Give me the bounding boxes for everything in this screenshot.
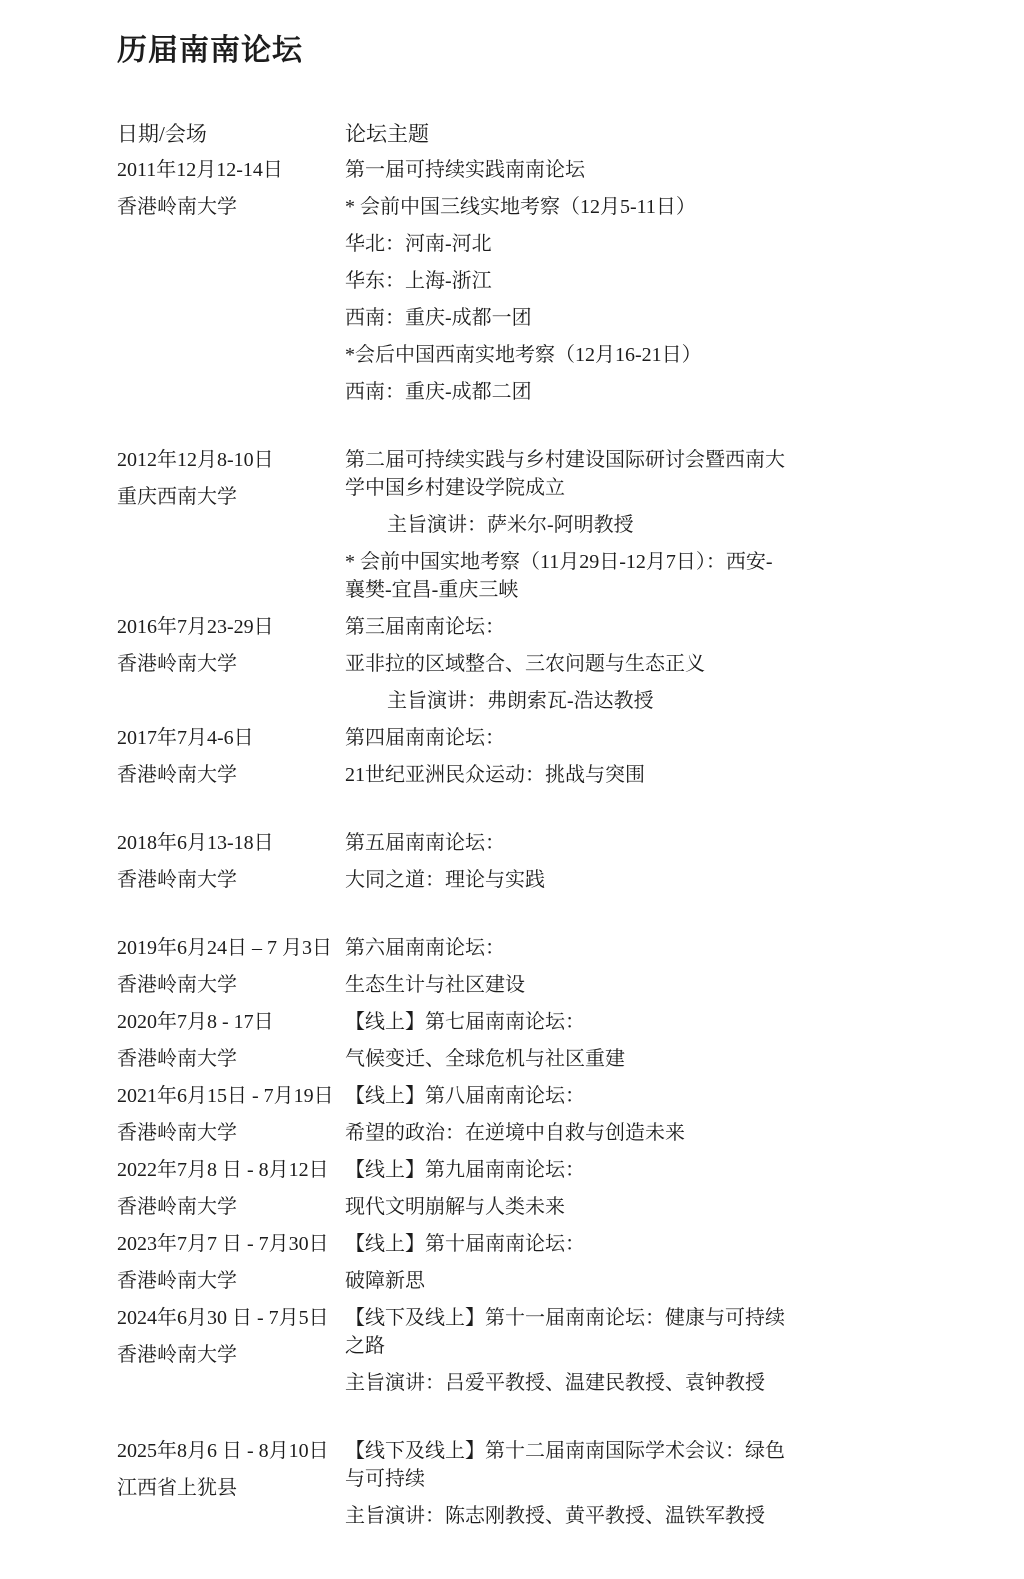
theme-paragraph: 气候变迁、全球危机与社区重建 [345,1045,825,1073]
theme-paragraph: 第三届南南论坛： [345,613,825,641]
theme-cell: 第一届可持续实践南南论坛* 会前中国三线实地考察（12月5-11日）华北：河南-… [345,156,825,415]
date-venue-cell: 2017年7月4-6日 香港岭南大学 [117,724,345,798]
theme-paragraph: 【线上】第九届南南论坛： [345,1156,825,1184]
theme-paragraph: 21世纪亚洲民众运动：挑战与突围 [345,761,825,789]
date-venue-cell: 2024年6月30 日 - 7月5日 香港岭南大学 [117,1304,345,1406]
table-row: 2016年7月23-29日 香港岭南大学 第三届南南论坛：亚非拉的区域整合、三农… [117,613,825,724]
theme-cell: 第六届南南论坛：生态生计与社区建设 [345,934,825,1008]
forum-date: 2022年7月8 日 - 8月12日 [117,1156,345,1184]
date-venue-cell: 2022年7月8 日 - 8月12日 香港岭南大学 [117,1156,345,1230]
forum-date: 2025年8月6 日 - 8月10日 [117,1437,345,1465]
forum-venue: 香港岭南大学 [117,866,345,894]
theme-paragraph: 西南：重庆-成都一团 [345,304,825,332]
date-venue-cell: 2023年7月7 日 - 7月30日 香港岭南大学 [117,1230,345,1304]
forum-date: 2024年6月30 日 - 7月5日 [117,1304,345,1332]
keynote-paragraph: 主旨演讲：弗朗索瓦-浩达教授 [345,687,825,715]
theme-paragraph: 华东：上海-浙江 [345,267,825,295]
forum-venue: 香港岭南大学 [117,650,345,678]
theme-paragraph: 大同之道：理论与实践 [345,866,825,894]
theme-cell: 第三届南南论坛：亚非拉的区域整合、三农问题与生态正义主旨演讲：弗朗索瓦-浩达教授 [345,613,825,724]
date-venue-cell: 2011年12月12-14日 香港岭南大学 [117,156,345,415]
theme-cell: 【线上】第十届南南论坛：破障新思 [345,1230,825,1304]
column-header-theme: 论坛主题 [345,120,825,148]
theme-paragraph: 破障新思 [345,1267,825,1295]
forum-venue: 香港岭南大学 [117,1267,345,1295]
theme-cell: 【线上】第八届南南论坛：希望的政治：在逆境中自救与创造未来 [345,1082,825,1156]
document-body: { "colors": { "text": "#1c1c1c", "backgr… [0,0,1024,1579]
forum-venue: 香港岭南大学 [117,1341,345,1369]
table-header-row: 日期/会场 论坛主题 [117,120,825,148]
theme-cell: 【线上】第九届南南论坛：现代文明崩解与人类未来 [345,1156,825,1230]
table-row: 2021年6月15日 - 7月19日 香港岭南大学 【线上】第八届南南论坛：希望… [117,1082,825,1156]
date-venue-cell: 2012年12月8-10日 重庆西南大学 [117,446,345,613]
theme-paragraph: 第二届可持续实践与乡村建设国际研讨会暨西南大 学中国乡村建设学院成立 [345,446,825,502]
theme-paragraph: * 会前中国实地考察（11月29日-12月7日）：西安- 襄樊-宜昌-重庆三峡 [345,548,825,604]
theme-cell: 第四届南南论坛：21世纪亚洲民众运动：挑战与突围 [345,724,825,798]
forum-date: 2018年6月13-18日 [117,829,345,857]
forum-venue: 重庆西南大学 [117,483,345,511]
table-row: 2018年6月13-18日 香港岭南大学 第五届南南论坛：大同之道：理论与实践 [117,829,825,903]
theme-paragraph: 现代文明崩解与人类未来 [345,1193,825,1221]
table-row: 2019年6月24日 – 7 月3日 香港岭南大学 第六届南南论坛：生态生计与社… [117,934,825,1008]
theme-cell: 第二届可持续实践与乡村建设国际研讨会暨西南大 学中国乡村建设学院成立主旨演讲：萨… [345,446,825,613]
date-venue-cell: 2016年7月23-29日 香港岭南大学 [117,613,345,724]
table-row: 2023年7月7 日 - 7月30日 香港岭南大学 【线上】第十届南南论坛：破障… [117,1230,825,1304]
forum-venue: 香港岭南大学 [117,1193,345,1221]
forum-venue: 江西省上犹县 [117,1474,345,1502]
theme-paragraph: 【线上】第八届南南论坛： [345,1082,825,1110]
forum-venue: 香港岭南大学 [117,1045,345,1073]
forum-date: 2016年7月23-29日 [117,613,345,641]
theme-paragraph: 【线上】第七届南南论坛： [345,1008,825,1036]
table-row: 2024年6月30 日 - 7月5日 香港岭南大学 【线下及线上】第十一届南南论… [117,1304,825,1406]
column-header-date-venue: 日期/会场 [117,120,345,148]
date-venue-cell: 2019年6月24日 – 7 月3日 香港岭南大学 [117,934,345,1008]
keynote-paragraph: 主旨演讲：萨米尔-阿明教授 [345,511,825,539]
theme-paragraph: 第六届南南论坛： [345,934,825,962]
forum-date: 2012年12月8-10日 [117,446,345,474]
theme-cell: 第五届南南论坛：大同之道：理论与实践 [345,829,825,903]
date-venue-cell: 2020年7月8 - 17日 香港岭南大学 [117,1008,345,1082]
keynote-paragraph: 主旨演讲：吕爱平教授、温建民教授、袁钟教授 [345,1369,825,1397]
theme-paragraph: 【线下及线上】第十二届南南国际学术会议：绿色 与可持续 [345,1437,825,1493]
table-row: 2017年7月4-6日 香港岭南大学 第四届南南论坛：21世纪亚洲民众运动：挑战… [117,724,825,798]
forum-date: 2019年6月24日 – 7 月3日 [117,934,345,962]
forum-date: 2021年6月15日 - 7月19日 [117,1082,345,1110]
theme-paragraph: * 会前中国三线实地考察（12月5-11日） [345,193,825,221]
theme-cell: 【线下及线上】第十二届南南国际学术会议：绿色 与可持续主旨演讲：陈志刚教授、黄平… [345,1437,825,1539]
forum-venue: 香港岭南大学 [117,971,345,999]
theme-paragraph: 亚非拉的区域整合、三农问题与生态正义 [345,650,825,678]
theme-paragraph: 第一届可持续实践南南论坛 [345,156,825,184]
date-venue-cell: 2025年8月6 日 - 8月10日 江西省上犹县 [117,1437,345,1539]
forum-date: 2011年12月12-14日 [117,156,345,184]
document-page: 历届南南论坛 日期/会场 论坛主题 2011年12月12-14日 香港岭南大学 … [0,0,1024,1579]
forum-date: 2017年7月4-6日 [117,724,345,752]
theme-paragraph: 【线下及线上】第十一届南南论坛：健康与可持续 之路 [345,1304,825,1360]
theme-paragraph: 【线上】第十届南南论坛： [345,1230,825,1258]
forum-venue: 香港岭南大学 [117,193,345,221]
theme-cell: 【线上】第七届南南论坛：气候变迁、全球危机与社区重建 [345,1008,825,1082]
table-row: 2011年12月12-14日 香港岭南大学 第一届可持续实践南南论坛* 会前中国… [117,156,825,415]
theme-paragraph: 生态生计与社区建设 [345,971,825,999]
date-venue-cell: 2018年6月13-18日 香港岭南大学 [117,829,345,903]
table-row: 2012年12月8-10日 重庆西南大学 第二届可持续实践与乡村建设国际研讨会暨… [117,446,825,613]
table-row: 2025年8月6 日 - 8月10日 江西省上犹县 【线下及线上】第十二届南南国… [117,1437,825,1539]
forum-table: 日期/会场 论坛主题 2011年12月12-14日 香港岭南大学 第一届可持续实… [117,120,825,1539]
keynote-paragraph: 主旨演讲：陈志刚教授、黄平教授、温铁军教授 [345,1502,825,1530]
page-title: 历届南南论坛 [117,33,984,69]
forum-venue: 香港岭南大学 [117,1119,345,1147]
theme-paragraph: 华北：河南-河北 [345,230,825,258]
table-rows-container: 2011年12月12-14日 香港岭南大学 第一届可持续实践南南论坛* 会前中国… [117,156,825,1539]
theme-cell: 【线下及线上】第十一届南南论坛：健康与可持续 之路主旨演讲：吕爱平教授、温建民教… [345,1304,825,1406]
theme-paragraph: 西南：重庆-成都二团 [345,378,825,406]
theme-paragraph: *会后中国西南实地考察（12月16-21日） [345,341,825,369]
theme-paragraph: 希望的政治：在逆境中自救与创造未来 [345,1119,825,1147]
table-row: 2022年7月8 日 - 8月12日 香港岭南大学 【线上】第九届南南论坛：现代… [117,1156,825,1230]
forum-date: 2020年7月8 - 17日 [117,1008,345,1036]
forum-date: 2023年7月7 日 - 7月30日 [117,1230,345,1258]
date-venue-cell: 2021年6月15日 - 7月19日 香港岭南大学 [117,1082,345,1156]
table-row: 2020年7月8 - 17日 香港岭南大学 【线上】第七届南南论坛：气候变迁、全… [117,1008,825,1082]
theme-paragraph: 第五届南南论坛： [345,829,825,857]
theme-paragraph: 第四届南南论坛： [345,724,825,752]
forum-venue: 香港岭南大学 [117,761,345,789]
